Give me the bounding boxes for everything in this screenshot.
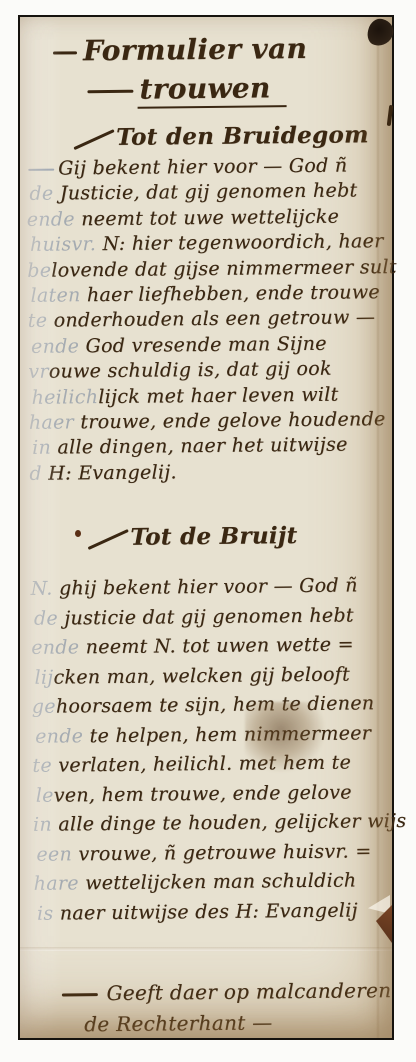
- flourish-stroke: [73, 129, 114, 150]
- text-line: Gij bekent hier voor — God ñ: [26, 153, 396, 182]
- text-line: een vrouwe, ñ getrouwe huisvr. =: [36, 836, 407, 869]
- flourish-stroke: [88, 529, 129, 550]
- faded-flourish: [28, 168, 54, 171]
- text-line: d H: Evangelij.: [29, 458, 399, 487]
- text-line: te onderhouden als een getrouw —: [28, 305, 398, 334]
- title-line-1: Formulier van: [53, 32, 307, 68]
- text-line: te verlaten, heilichl. met hem te: [32, 748, 406, 781]
- heading-text: Tot den Bruidegom: [116, 121, 369, 151]
- manuscript-page: Formulier van trouwen Tot den Bruidegom …: [18, 15, 394, 1040]
- heading-text: Tot de Bruijt: [130, 522, 297, 551]
- text-line: hare wettelijcken man schuldich: [34, 866, 408, 899]
- text-line: in alle dinge te houden, gelijcker wijs: [33, 807, 407, 840]
- ink-tick-mark: [387, 105, 394, 126]
- text-line: heilichlijck met haer leven wilt: [32, 381, 399, 410]
- ink-dot: [75, 530, 81, 537]
- section-heading-bridegroom: Tot den Bruidegom: [72, 121, 369, 151]
- section-heading-bride: Tot de Bruijt: [86, 522, 298, 551]
- text-line: in alle dingen, naer het uitwijse: [32, 432, 399, 461]
- text-line: leven, hem trouwe, ende gelove: [36, 777, 407, 810]
- bride-paragraph: N. ghij bekent hier voor — God ñ de just…: [30, 571, 407, 929]
- text-line: lijcken man, welcken gij belooft: [34, 659, 405, 692]
- document-title: Formulier van trouwen: [53, 32, 308, 110]
- text-line: de justicie dat gij genomen hebt: [34, 600, 405, 633]
- text-line: ende te helpen, hem nimmermeer: [35, 718, 406, 751]
- text-line: huisvr. N: hier tegenwoordich, haer: [30, 229, 397, 258]
- title-text-2: trouwen: [137, 71, 286, 109]
- title-line-2: trouwen: [87, 71, 307, 109]
- manuscript-photograph: Formulier van trouwen Tot den Bruidegom …: [0, 0, 416, 1062]
- manuscript-text: Formulier van trouwen Tot den Bruidegom …: [15, 15, 398, 1040]
- text-line: haer trouwe, ende gelove houdende: [29, 407, 399, 436]
- text-line: Geeft daer op malcanderen: [62, 975, 392, 1009]
- text-line: ende God vresende man Sijne: [31, 331, 398, 360]
- text-line: laten haer liefhebben, ende trouwe: [30, 280, 397, 309]
- text-line: gehoorsaem te sijn, hem te dienen: [32, 689, 406, 722]
- flourish-stroke: [62, 993, 98, 996]
- text-line: N. ghij bekent hier voor — God ñ: [30, 571, 404, 604]
- text-line: de Rechterhant —: [84, 1006, 392, 1040]
- text-line: ende neemt tot uwe wettelijcke: [27, 204, 397, 233]
- bridegroom-paragraph: Gij bekent hier voor — God ñ de Justicie…: [26, 153, 399, 487]
- text-line: is naer uitwijse des H: Evangelij: [37, 895, 408, 928]
- flourish-stroke: [87, 90, 133, 93]
- flourish-stroke: [53, 52, 77, 55]
- text-line: vrouwe schuldig is, dat gij ook: [28, 356, 398, 385]
- title-text-1: Formulier van: [83, 32, 307, 67]
- text-line: ende neemt N. tot uwen wette =: [31, 630, 405, 663]
- text-line: de Justicie, dat gij genomen hebt: [29, 178, 396, 207]
- closing-instruction: Geeft daer op malcanderen de Rechterhant…: [62, 975, 392, 1040]
- text-line: belovende dat gijse nimmermeer sult: [27, 255, 397, 284]
